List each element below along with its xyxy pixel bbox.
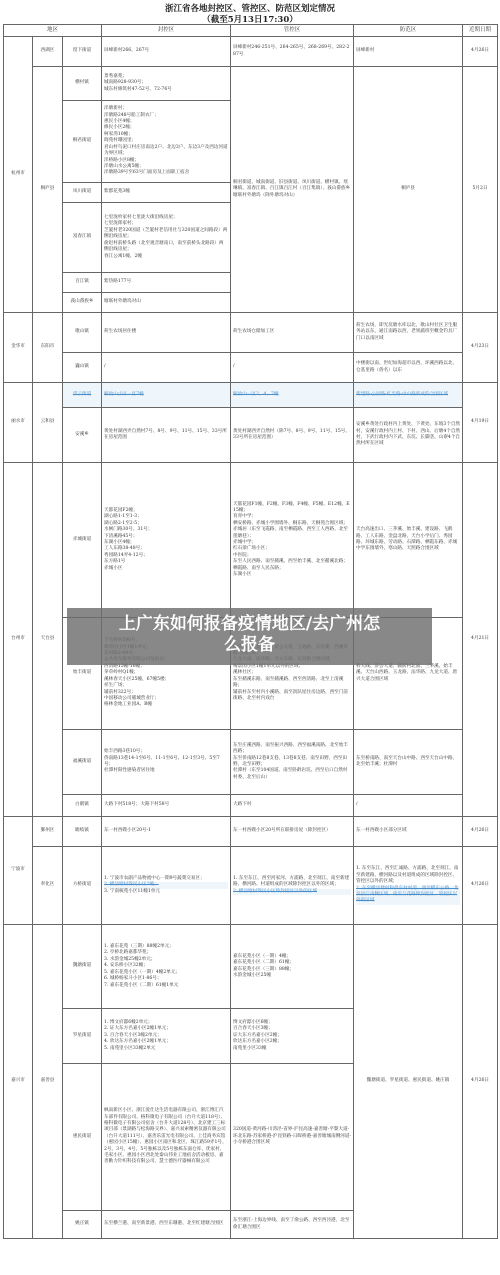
district-cell: 桐庐县 xyxy=(33,67,63,313)
control-cell: 黄处村湖西弄自然村（除7号、8号、9号、11号、15号、33号所在房屋范围） xyxy=(231,408,354,463)
precaution-cell: 桐庐县 xyxy=(354,67,463,313)
date-cell: 5月2日 xyxy=(463,67,498,313)
town-cell: 歌山镇 xyxy=(63,313,102,353)
table-row: 台州市 天台县 赤城街道 天都花园F2幢； 湖心路1-1至1-3； 湖心路2-1… xyxy=(4,463,498,618)
table-row: 丽水市 云和县 浮云街道 解放山小区一区7幢 解放山一区2、4、7幢 新建路-公… xyxy=(4,383,498,408)
control-cell: 荷生农场仓储加工区 xyxy=(231,313,354,353)
table-row: 巍山镇 / / 中楼街以南、世纪如海超市以西、环溪西路以北、仓基里路（俗名）以东 xyxy=(4,353,498,383)
date-cell: 4月26日 xyxy=(463,37,498,67)
control-cell: 东至庄溪西路、南至振兴西路、西至福溪南路、北至始丰西路； 东至侨南路12巷8支巷… xyxy=(231,730,354,795)
precaution-cell: 东一村西碶小区部分区域 xyxy=(354,817,463,847)
town-cell: 凤川街道 xyxy=(63,183,102,203)
town-cell: 魏塘街道 xyxy=(63,925,102,1009)
precaution-cell: 天台高速出口、三茅溪、始丰溪、建设路、飞鹤路、工人东路、金盘北路、天台小学后门、… xyxy=(354,463,463,618)
control-cell: 东一村西碶小区20号所在联排房屋（除封控区） xyxy=(231,817,354,847)
title-line1: 浙江省各地封控区、管控区、防范区划定情况 xyxy=(0,4,500,15)
precaution-cell: / xyxy=(354,795,463,817)
town-cell: 福溪街道 xyxy=(63,730,102,795)
city-cell: 台州市 xyxy=(4,463,33,817)
town-cell: 百江镇 xyxy=(63,273,102,293)
town-cell: 瞻岐镇 xyxy=(63,817,102,847)
lockdown-cell: 洋塘新村； 洋塘路248号船工制衣厂； 惠民小区4幢； 修民小区2幢； 柯家湾1… xyxy=(102,101,231,183)
city-cell: 宁波市 xyxy=(4,817,33,925)
header-precaution: 防范区 xyxy=(354,25,463,37)
precaution-cell: 荷生农场，即光坑塘水库以北，歌山村社区卫生服务站以东，通江南路以西，老果蔬班至概… xyxy=(354,313,463,353)
lockdown-cell: 紫郡花苑3幢 xyxy=(102,183,231,203)
lockdown-cell: 天都花园F2幢； 湖心路1-1至1-3； 湖心路2-1至2-5； 水闸门路30号… xyxy=(102,463,231,618)
headline-overlay: 上广东如何报备疫情地区/去广州怎 么报备 xyxy=(67,608,432,665)
lockdown-cell: 枫南新区小区、浙江爱仕达生活电器有限公司、浙江博汇汽车部件有限公司、格科微电子有… xyxy=(102,1064,231,1211)
lockdown-cell: 解放山小区一区7幢 xyxy=(102,383,231,408)
lockdown-cell: 紫热路177号 xyxy=(102,273,231,293)
lockdown-cell: 始丰西路3巷10号； 侨南路13巷14-1至6号、11-1至6号、12-1至3号… xyxy=(102,730,231,795)
town-cell: 白鹤镇 xyxy=(63,795,102,817)
lockdown-cell: 黄处村湖西弄自然村7号、8号、9号、11号、15号、33号所在房屋范围 xyxy=(102,408,231,463)
district-cell: 云和县 xyxy=(33,383,63,463)
district-cell: 东阳市 xyxy=(33,313,63,383)
district-cell: 天台县 xyxy=(33,463,63,817)
town-cell: 巍山镇 xyxy=(63,353,102,383)
headline-line2: 么报备 xyxy=(67,635,432,656)
town-cell: 富春江镇 xyxy=(63,203,102,273)
header-control: 管控区 xyxy=(231,25,354,37)
town-cell: 留下街道 xyxy=(63,37,102,67)
town-cell: 姚庄镇 xyxy=(63,1211,102,1239)
precaution-cell: 1. 东至东江、西至汇诚路、方浦路、北至剡江、南至新建路、横河路以及村道组成的区… xyxy=(354,847,463,925)
lockdown-cell: 屏峰新村266、267号 xyxy=(102,37,231,67)
lockdown-cell: 七里泷枚家村七里泷大街沿线房屋； 七里泷郎家村； 芝厦村老320国道（芝厦村老信… xyxy=(102,203,231,273)
control-cell: 博文府邸小区6幢； 百合春天小区3幢； 证大东方名嘉小区2幢； 欣达东方名嘉小区… xyxy=(231,1009,354,1064)
header-row: 地区 封控区 管控区 防范区 近期日期 xyxy=(4,25,498,37)
control-cell: 大路下村 xyxy=(231,795,354,817)
header-lockdown: 封控区 xyxy=(102,25,231,37)
district-cell: 西湖区 xyxy=(33,37,63,67)
district-cell: 奉化区 xyxy=(33,847,63,925)
control-cell: 桐君街道、城南街道、旧县街道、凤川街道、横村镇、瑶琳镇、富春江镇、百江镇百江村（… xyxy=(231,67,354,313)
date-cell: 4月26日 xyxy=(463,817,498,847)
town-cell: 罗星街道 xyxy=(63,1009,102,1064)
date-cell: 4月26日 xyxy=(463,925,498,1239)
control-cell: 天都花园F1幢、F2幢、F3幢、F4幢、F5幢、E12幢、E15幢； 育青中学；… xyxy=(231,463,354,618)
lockdown-cell: 东一村西碶小区20号-1 xyxy=(102,817,231,847)
table-row: 桐庐县 横村镇 景秀嘉苑； 城南路928-930号； 城东村修筑村47-52号、… xyxy=(4,67,498,101)
town-cell: 莪山畲族乡 xyxy=(63,293,102,313)
precaution-cell: 魏塘街道、罗星街道、惠民街道、姚庄镇 xyxy=(354,925,463,1239)
lockdown-cell: 景秀嘉苑； 城南路928-930号； 城东村修筑村47-52号、72-76号 xyxy=(102,67,231,101)
header-region: 地区 xyxy=(4,25,102,37)
lockdown-cell: 1. 宁波市农副产品物流中心一期9号蔬菜交易区； 2. 横泾塘村得民小区2幢； … xyxy=(102,847,231,925)
date-cell: 4月26日 xyxy=(463,847,498,925)
lockdown-cell: 大路下村518号；大路下村58号 xyxy=(102,795,231,817)
table-row: 杭州市 西湖区 留下街道 屏峰新村266、267号 屏峰新村246-251号、2… xyxy=(4,37,498,67)
district-cell: 鄞州区 xyxy=(33,817,63,847)
lockdown-cell: / xyxy=(102,353,231,383)
town-cell: 赤城街道 xyxy=(63,463,102,618)
city-cell: 杭州市 xyxy=(4,37,33,313)
control-cell: 嘉东花苑小区（一期）4幢； 嘉东花苑小区（二期）61幢； 嘉东花苑小区（三期）8… xyxy=(231,925,354,1009)
precaution-cell: 安溪乡黄处行政村内上黄处、下黄处、东坡3个自然村，安溪行政村内上村、下村、西山、… xyxy=(354,408,463,463)
control-cell: 屏峰新村246-251号、264-265号、268-269号、282-287号 xyxy=(231,37,354,67)
lockdown-cell: 荷生农场居住楼 xyxy=(102,313,231,353)
lockdown-cell: 1. 嘉东花苑（三期）88幢2单元； 2. 亭桥北路嘉都华苑； 3. 水韵金城2… xyxy=(102,925,231,1009)
town-cell: 安溪乡 xyxy=(63,408,102,463)
header-date: 近期日期 xyxy=(463,25,498,37)
control-cell: 320国道-黄河路-川湾泾-省界-沪昆高速-嘉善塘-平黎大道-环北东路-苏家桥港… xyxy=(231,1064,354,1211)
table-row: 奉化区 方桥街道 1. 宁波市农副产品物流中心一期9号蔬菜交易区； 2. 横泾塘… xyxy=(4,847,498,925)
control-cell: 解放山一区2、4、7幢 xyxy=(231,383,354,408)
headline-line1: 上广东如何报备疫情地区/去广州怎 xyxy=(67,614,432,635)
town-cell: 浮云街道 xyxy=(63,383,102,408)
city-cell: 金华市 xyxy=(4,313,33,383)
district-cell: 嘉善县 xyxy=(33,925,63,1239)
table-row: 金华市 东阳市 歌山镇 荷生农场居住楼 荷生农场仓储加工区 荷生农场，即光坑塘水… xyxy=(4,313,498,353)
city-cell: 丽水市 xyxy=(4,383,33,463)
town-cell: 方桥街道 xyxy=(63,847,102,925)
control-cell: / xyxy=(231,353,354,383)
date-cell: 4月21日 xyxy=(463,463,498,817)
lockdown-cell: 东至横兰港、南至新景港、西至东珊港、北至红建塘合围区 xyxy=(102,1211,231,1239)
city-cell: 嘉兴市 xyxy=(4,925,33,1239)
document-title: 浙江省各地封控区、管控区、防范区划定情况 （截至5月13日17:30） xyxy=(0,4,500,26)
precaution-cell: 中楼街以南、世纪如海超市以西、环溪西路以北、仓基里路（俗名）以东 xyxy=(354,353,463,383)
date-cell: 4月23日 xyxy=(463,313,498,383)
town-cell: 桐君街道 xyxy=(63,101,102,183)
date-cell: 4月19日 xyxy=(463,383,498,463)
precaution-cell: 屏峰新村 xyxy=(354,37,463,67)
town-cell: 横村镇 xyxy=(63,67,102,101)
table-row: 白鹤镇 大路下村518号；大路下村58号 大路下村 / xyxy=(4,795,498,817)
precaution-cell: 新建路-公园路-红光路-中山路所成的合围区域 xyxy=(354,383,463,408)
precaution-cell: 东至桥南路、南至天台山中路、西至天台山中路、北至始丰溪；杜潭村 xyxy=(354,730,463,795)
lockdown-cell: 1. 博文府邸6幢2单元； 2. 证大东方名嘉小区2幢1单元； 3. 百合春天小… xyxy=(102,1009,231,1064)
table-row: 宁波市 鄞州区 瞻岐镇 东一村西碶小区20号-1 东一村西碶小区20号所在联排房… xyxy=(4,817,498,847)
control-cell: 1. 东至东江、西至河家河、方浦路、北至剡江、南至新建路、横河路、村道组成的区域… xyxy=(231,847,354,925)
table-row: 嘉兴市 嘉善县 魏塘街道 1. 嘉东花苑（三期）88幢2单元； 2. 亭桥北路嘉… xyxy=(4,925,498,1009)
table-row: 福溪街道 始丰西路3巷10号； 侨南路13巷14-1至6号、11-1至6号、12… xyxy=(4,730,498,795)
control-cell: 东至浙江-上海边界线、南至丁俞公路、西至西泾港、北至俞汇塘合围区 xyxy=(231,1211,354,1239)
town-cell: 惠民街道 xyxy=(63,1064,102,1211)
table-row: 安溪乡 黄处村湖西弄自然村7号、8号、9号、11号、15号、33号所在房屋范围 … xyxy=(4,408,498,463)
lockdown-cell: 塘联村外塘坞对山 xyxy=(102,293,231,313)
